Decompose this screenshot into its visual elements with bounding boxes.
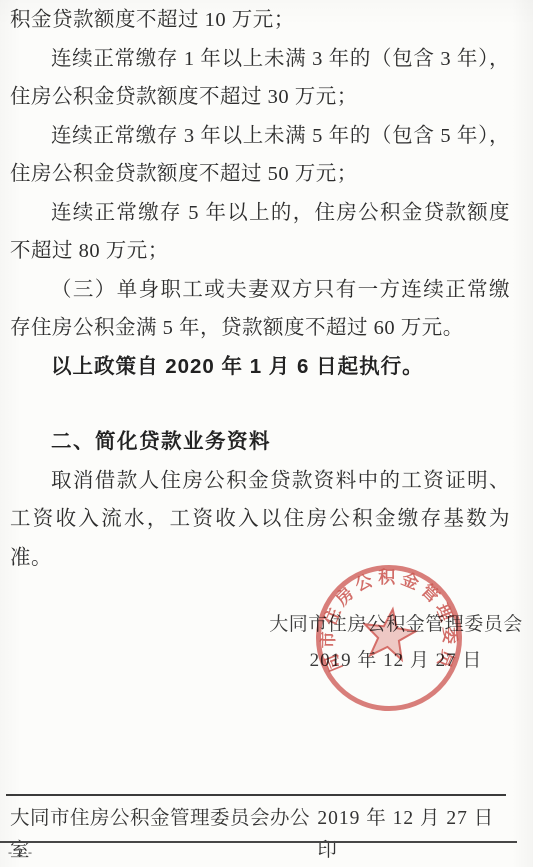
paragraph-effective-date: 以上政策自 2020 年 1 月 6 日起执行。 [10,348,510,387]
section-heading-simplify-materials: 二、简化贷款业务资料 [10,423,510,462]
paragraph-tier-5-plus-years: 连续正常缴存 5 年以上的，住房公积金贷款额度不超过 80 万元； [10,194,510,271]
seal-ring-text: 大同市住房公积金管理委员会 [312,561,460,674]
paragraph-tier-3-5-years: 连续正常缴存 3 年以上未满 5 年的（包含 5 年），住房公积金贷款额度不超过… [10,117,510,194]
seal-ring-text-container: 大同市住房公积金管理委员会 [312,561,460,674]
paragraph-simplify-materials-body: 取消借款人住房公积金贷款资料中的工资证明、工资收入流水，工资收入以住房公积金缴存… [10,462,510,578]
page-number: - 2 - [8,845,33,860]
paragraph-item-three-single-worker: （三）单身职工或夫妻双方只有一方连续正常缴存住房公积金满 5 年，贷款额度不超过… [10,271,510,348]
official-red-seal: 大同市住房公积金管理委员会 [312,561,466,715]
footer-divider-bottom [0,841,517,843]
paragraph-carryover: 积金贷款额度不超过 10 万元； [10,1,510,40]
footer-row: 大同市住房公积金管理委员会办公室 2019 年 12 月 27 日印 [10,803,507,867]
footer-issuing-office: 大同市住房公积金管理委员会办公室 [10,803,317,867]
footer-print-date: 2019 年 12 月 27 日印 [317,803,507,867]
paragraph-tier-1-3-years: 连续正常缴存 1 年以上未满 3 年的（包含 3 年），住房公积金贷款额度不超过… [10,40,510,117]
footer-divider-top [6,794,506,796]
document-body: 积金贷款额度不超过 10 万元； 连续正常缴存 1 年以上未满 3 年的（包含 … [10,1,510,577]
scanned-document-page: 积金贷款额度不超过 10 万元； 连续正常缴存 1 年以上未满 3 年的（包含 … [0,0,533,867]
star-icon [361,606,419,661]
